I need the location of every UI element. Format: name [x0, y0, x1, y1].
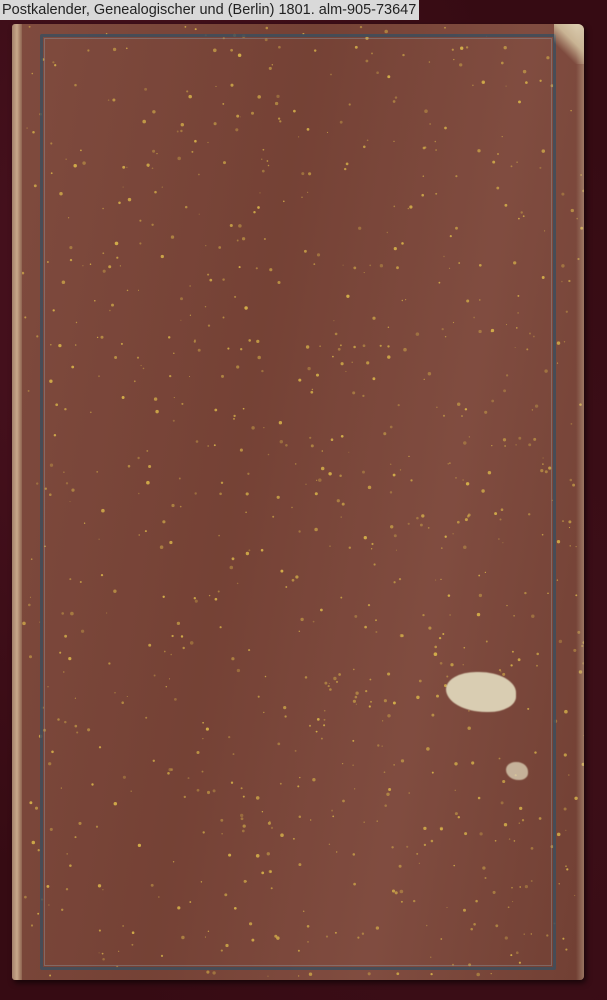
worn-edge [576, 24, 584, 980]
page-edge [12, 24, 22, 980]
abrasion-spot-small [506, 762, 528, 780]
speckled-cover-board [22, 24, 584, 980]
border-fillet-inner [44, 38, 552, 966]
book-cover-photo [12, 24, 584, 980]
image-caption: Postkalender, Genealogischer und (Berlin… [0, 0, 419, 20]
